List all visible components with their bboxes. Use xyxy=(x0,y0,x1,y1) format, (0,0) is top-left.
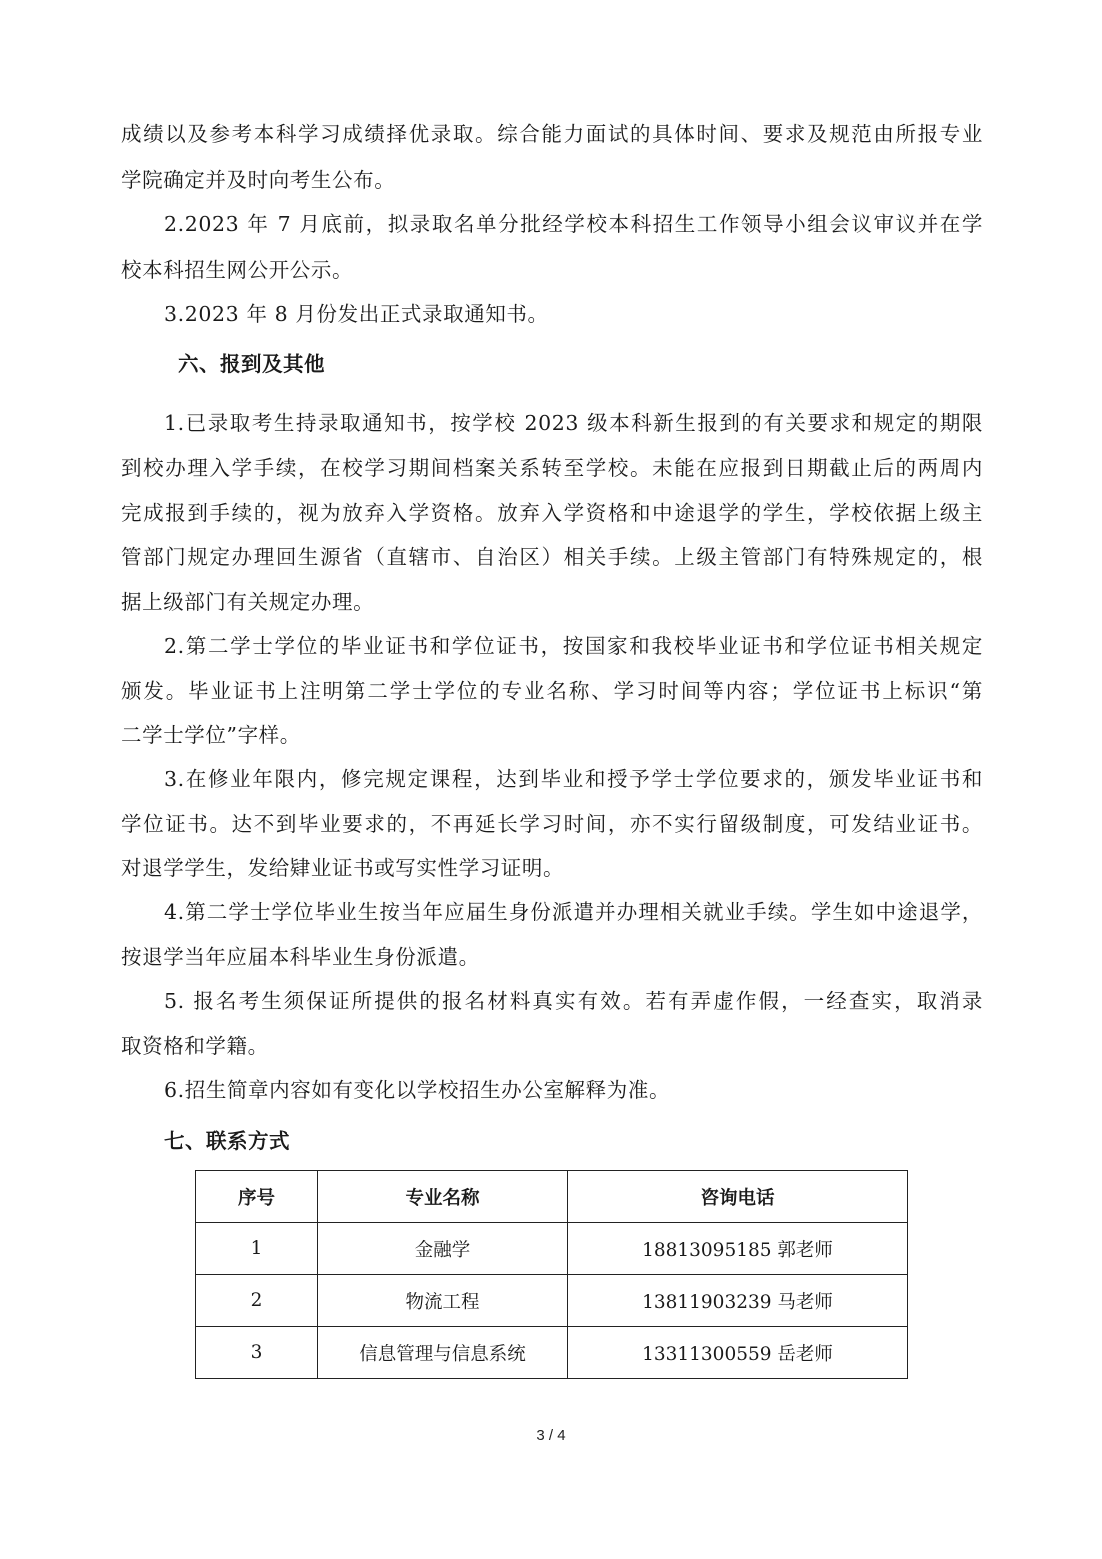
table-cell-phone: 13311300559 岳老师 xyxy=(568,1327,908,1379)
paragraph-line: 学院确定并及时向考生公布。 xyxy=(121,166,983,194)
paragraph-line: 学位证书。达不到毕业要求的，不再延长学习时间，亦不实行留级制度，可发结业证书。 xyxy=(121,810,983,838)
document-page: 成绩以及参考本科学习成绩择优录取。综合能力面试的具体时间、要求及规范由所报专业 … xyxy=(0,0,1102,1559)
table-row: 2 物流工程 13811903239 马老师 xyxy=(196,1275,908,1327)
page-number: 3 / 4 xyxy=(0,1427,1102,1444)
paragraph-line: 4.第二学士学位毕业生按当年应届生身份派遣并办理相关就业手续。学生如中途退学， xyxy=(164,898,983,926)
table-cell-index: 2 xyxy=(196,1275,318,1327)
table-header-cell: 专业名称 xyxy=(318,1171,568,1223)
paragraph-line: 3.2023 年 8 月份发出正式录取通知书。 xyxy=(164,300,983,328)
section-heading: 七、联系方式 xyxy=(164,1127,290,1155)
table-header-row: 序号 专业名称 咨询电话 xyxy=(196,1171,908,1223)
paragraph-line: 5. 报名考生须保证所提供的报名材料真实有效。若有弄虚作假，一经查实，取消录 xyxy=(164,987,983,1015)
paragraph-line: 据上级部门有关规定办理。 xyxy=(121,588,983,616)
table-row: 1 金融学 18813095185 郭老师 xyxy=(196,1223,908,1275)
paragraph-line: 到校办理入学手续，在校学习期间档案关系转至学校。未能在应报到日期截止后的两周内 xyxy=(121,454,983,482)
table-cell-major: 信息管理与信息系统 xyxy=(318,1327,568,1379)
table-cell-index: 1 xyxy=(196,1223,318,1275)
table-cell-major: 物流工程 xyxy=(318,1275,568,1327)
paragraph-line: 颁发。毕业证书上注明第二学士学位的专业名称、学习时间等内容；学位证书上标识“第 xyxy=(121,677,983,705)
paragraph-line: 完成报到手续的，视为放弃入学资格。放弃入学资格和中途退学的学生，学校依据上级主 xyxy=(121,499,983,527)
table-cell-phone: 13811903239 马老师 xyxy=(568,1275,908,1327)
table-cell-index: 3 xyxy=(196,1327,318,1379)
paragraph-line: 管部门规定办理回生源省（直辖市、自治区）相关手续。上级主管部门有特殊规定的，根 xyxy=(121,543,983,571)
paragraph-line: 6.招生简章内容如有变化以学校招生办公室解释为准。 xyxy=(164,1076,983,1104)
paragraph-line: 按退学当年应届本科毕业生身份派遣。 xyxy=(121,943,983,971)
paragraph-line: 2.2023 年 7 月底前，拟录取名单分批经学校本科招生工作领导小组会议审议并… xyxy=(164,210,983,238)
paragraph-line: 成绩以及参考本科学习成绩择优录取。综合能力面试的具体时间、要求及规范由所报专业 xyxy=(121,120,983,148)
table-row: 3 信息管理与信息系统 13311300559 岳老师 xyxy=(196,1327,908,1379)
paragraph-line: 校本科招生网公开公示。 xyxy=(121,256,983,284)
paragraph-line: 2.第二学士学位的毕业证书和学位证书，按国家和我校毕业证书和学位证书相关规定 xyxy=(164,632,983,660)
contact-table: 序号 专业名称 咨询电话 1 金融学 18813095185 郭老师 2 物流工… xyxy=(195,1170,908,1379)
paragraph-line: 二学士学位”字样。 xyxy=(121,721,983,749)
paragraph-line: 对退学学生，发给肄业证书或写实性学习证明。 xyxy=(121,854,983,882)
table-header-cell: 咨询电话 xyxy=(568,1171,908,1223)
table-cell-phone: 18813095185 郭老师 xyxy=(568,1223,908,1275)
paragraph-line: 3.在修业年限内，修完规定课程，达到毕业和授予学士学位要求的，颁发毕业证书和 xyxy=(164,765,983,793)
paragraph-line: 取资格和学籍。 xyxy=(121,1032,983,1060)
paragraph-line: 1.已录取考生持录取通知书，按学校 2023 级本科新生报到的有关要求和规定的期… xyxy=(164,409,983,437)
table-header-cell: 序号 xyxy=(196,1171,318,1223)
section-heading: 六、报到及其他 xyxy=(178,350,325,378)
table-cell-major: 金融学 xyxy=(318,1223,568,1275)
